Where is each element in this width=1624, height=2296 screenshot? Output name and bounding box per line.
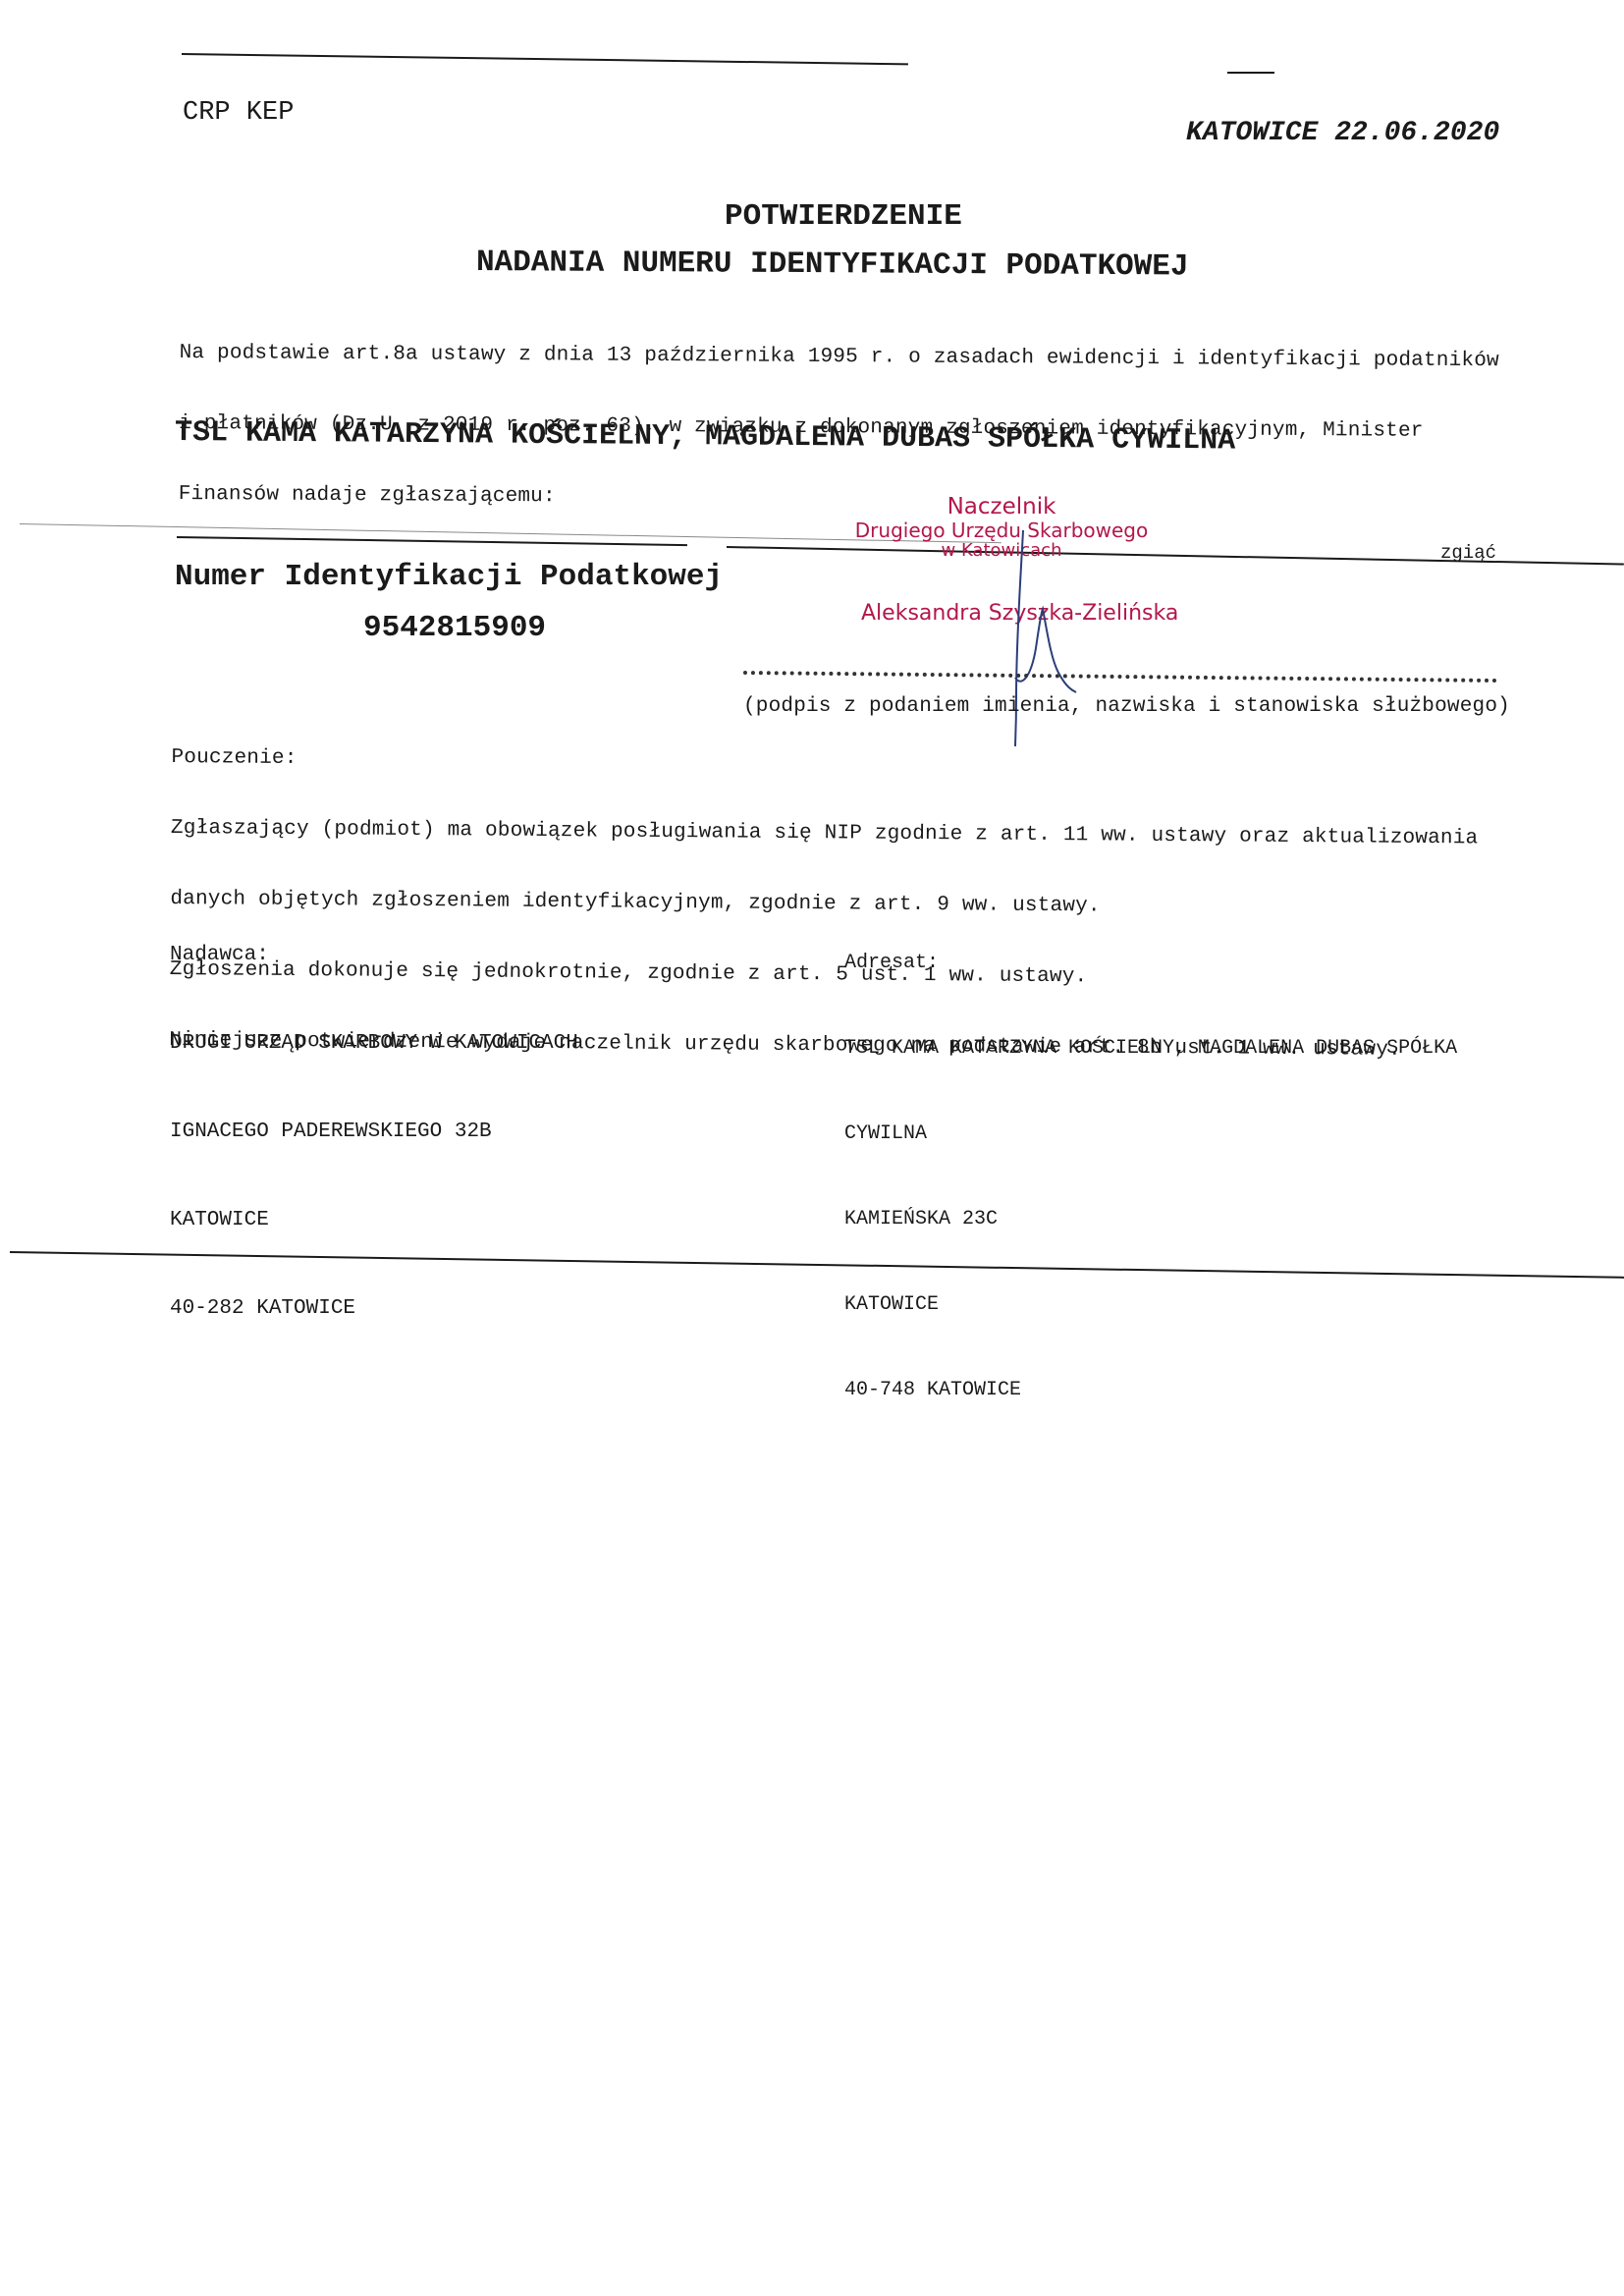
recipient-block: Adresat: TSL KAMA KATARZYNA KOŚCIELNY, M…: [844, 892, 1457, 1433]
intro-paragraph: Na podstawie art.8a ustawy z dnia 13 paź…: [179, 295, 1500, 538]
recipient-line: KAMIEŃSKA 23C: [844, 1205, 1457, 1233]
sender-block: Nadawca: DRUGI URZĄD SKARBOWY W KATOWICA…: [170, 882, 578, 1353]
recipient-line: 40-748 KATOWICE: [844, 1376, 1457, 1404]
fold-label: zgiąć: [1440, 542, 1496, 564]
recipient-line: CYWILNA: [844, 1120, 1457, 1148]
signature-line: [743, 671, 1497, 686]
nip-value: 9542815909: [363, 611, 546, 645]
recipient-line: KATOWICE: [844, 1290, 1457, 1319]
sender-line: DRUGI URZĄD SKARBOWY W KATOWICACH: [170, 1029, 578, 1059]
sender-line: 40-282 KATOWICE: [170, 1294, 578, 1324]
document-subtitle: NADANIA NUMERU IDENTYFIKACJI PODATKOWEJ: [476, 246, 1189, 284]
instruction-heading: Pouczenie:: [171, 746, 1479, 780]
document-title: POTWIERDZENIE: [725, 199, 962, 234]
sender-line: KATOWICE: [170, 1206, 578, 1235]
instruction-line: Zgłaszający (podmiot) ma obowiązek posłu…: [171, 817, 1479, 850]
sender-line: IGNACEGO PADEREWSKIEGO 32B: [170, 1118, 578, 1147]
scan-line-fold-short: [177, 536, 687, 546]
document-code: CRP KEP: [183, 98, 294, 128]
recipient-label: Adresat:: [844, 949, 1457, 977]
recipient-line: TSL KAMA KATARZYNA KOŚCIELNY, MAGDALENA …: [844, 1034, 1457, 1063]
place-and-date: KATOWICE 22.06.2020: [1186, 118, 1499, 148]
intro-line: Finansów nadaje zgłaszającemu:: [179, 483, 1498, 515]
scan-line-top-right: [1227, 72, 1274, 74]
nip-label: Numer Identyfikacji Podatkowej: [175, 560, 723, 594]
intro-line: Na podstawie art.8a ustawy z dnia 13 paź…: [180, 342, 1499, 373]
scan-line-top: [182, 53, 908, 65]
sender-label: Nadawca:: [170, 941, 578, 970]
